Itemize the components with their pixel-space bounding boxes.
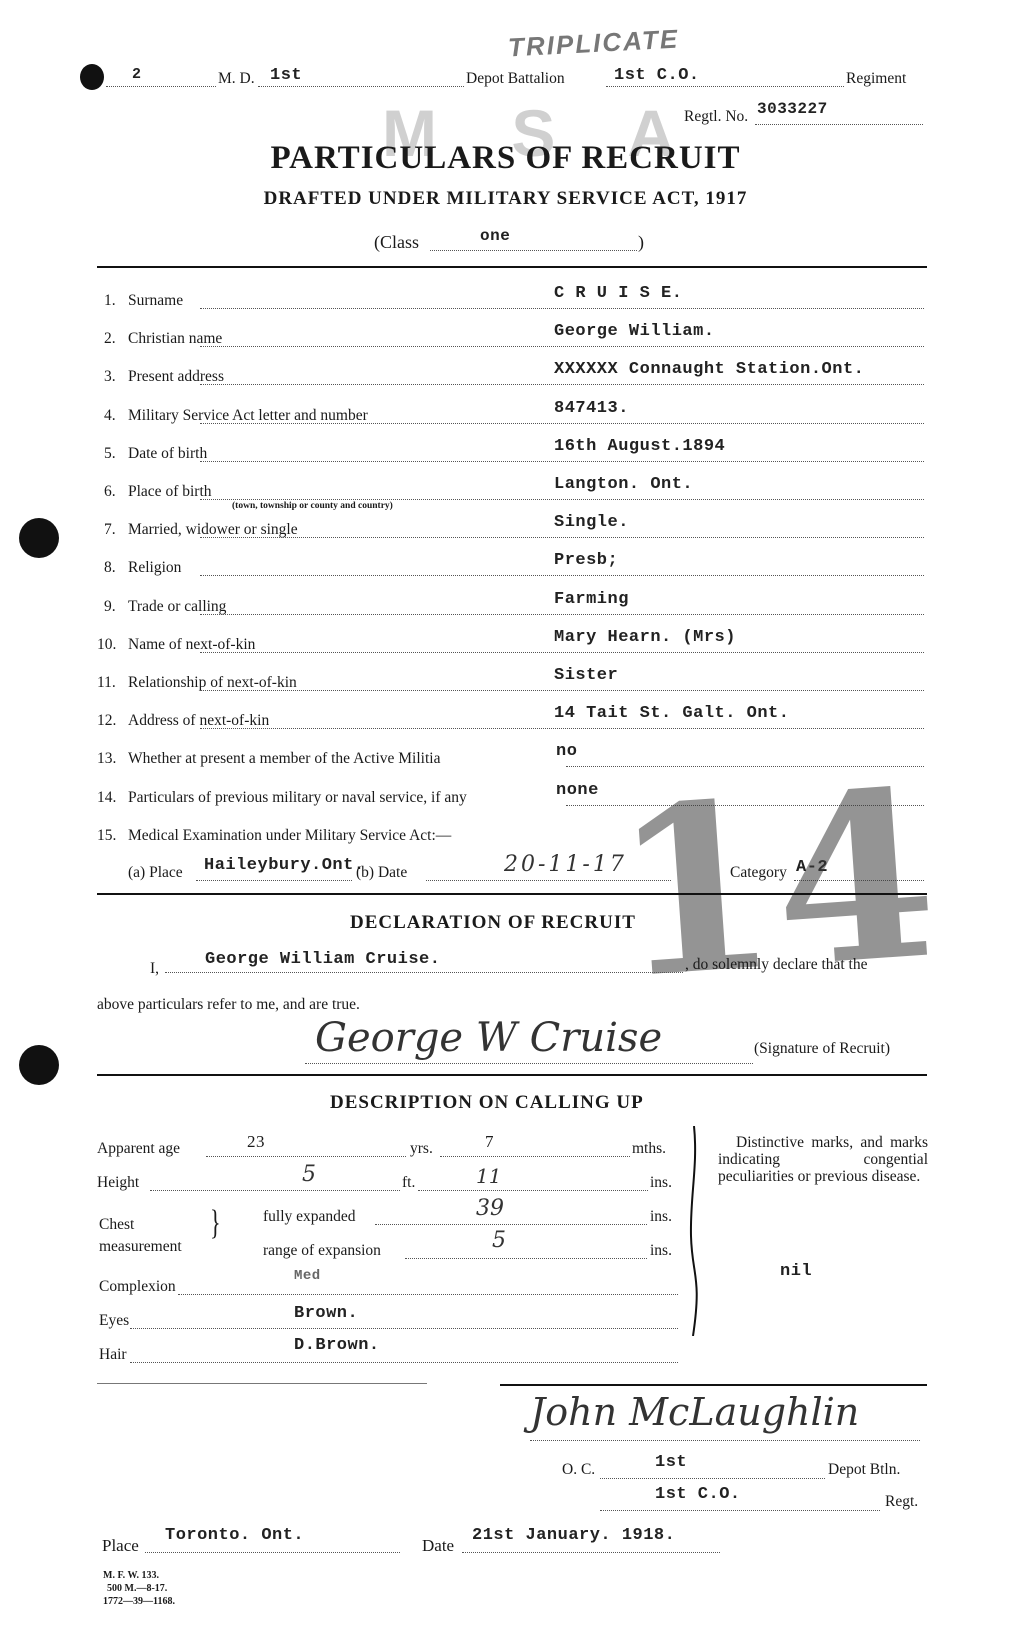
particular-value: Langton. Ont.	[554, 475, 693, 494]
brace: }	[210, 1202, 221, 1244]
district-number: 2	[132, 66, 142, 83]
description-heading: DESCRIPTION ON CALLING UP	[330, 1092, 644, 1114]
particular-label: Surname	[128, 292, 183, 310]
particular-value: 14 Tait St. Galt. Ont.	[554, 704, 789, 723]
particular-label: Particulars of previous military or nava…	[128, 789, 467, 807]
page-title: PARTICULARS OF RECRUIT	[0, 140, 1011, 177]
declaration-text: above particulars refer to me, and are t…	[97, 996, 360, 1014]
particular-label: Whether at present a member of the Activ…	[128, 750, 440, 768]
medical-place-value: Haileybury.Ont.	[204, 856, 365, 875]
chest-range-value: 5	[492, 1228, 506, 1253]
regiment-value: 1st C.O.	[614, 66, 700, 85]
declaration-heading: DECLARATION OF RECRUIT	[350, 912, 636, 934]
particular-number: 11.	[97, 674, 116, 692]
footer-date-value: 21st January. 1918.	[472, 1526, 675, 1545]
depot-battalion-value: 1st	[270, 66, 302, 85]
particular-value: Farming	[554, 590, 629, 609]
particular-value: XXXXXX Connaught Station.Ont.	[554, 360, 864, 379]
footer-place-value: Toronto. Ont.	[165, 1526, 304, 1545]
particular-value: 847413.	[554, 399, 629, 418]
medical-date-value: 20-11-17	[504, 852, 627, 877]
particular-number: 8.	[104, 559, 116, 577]
wavy-separator	[688, 1126, 708, 1336]
particular-number: 12.	[97, 712, 116, 730]
oc-value: 1st	[655, 1453, 687, 1472]
eyes-value: Brown.	[294, 1304, 358, 1323]
regtl-no-value: 3033227	[757, 100, 828, 118]
particular-label: Date of birth	[128, 445, 207, 463]
recruit-signature: George W Cruise	[315, 1015, 662, 1061]
particular-sublabel: (town, township or county and country)	[232, 501, 393, 511]
particular-label: Place of birth	[128, 483, 212, 501]
particular-value: George William.	[554, 322, 715, 341]
particular-value: no	[556, 742, 577, 761]
depot-battalion-label: Depot Battalion	[466, 70, 565, 88]
particular-number: 15.	[97, 827, 116, 845]
punch-hole	[80, 64, 104, 90]
divider	[97, 266, 927, 268]
distinctive-marks-label: Distinctive marks, and marks indicating …	[718, 1134, 928, 1185]
regtl-no-label: Regtl. No.	[684, 108, 748, 126]
height-ins: 11	[476, 1164, 501, 1188]
page-subtitle: DRAFTED UNDER MILITARY SERVICE ACT, 1917	[0, 188, 1011, 210]
height-ft: 5	[302, 1162, 316, 1187]
particular-number: 2.	[104, 330, 116, 348]
particular-number: 7.	[104, 521, 116, 539]
complexion-value: Med	[294, 1268, 321, 1284]
particular-number: 3.	[104, 368, 116, 386]
particular-number: 10.	[97, 636, 116, 654]
hair-value: D.Brown.	[294, 1336, 380, 1355]
particular-number: 1.	[104, 292, 116, 310]
md-label: M. D.	[218, 70, 255, 88]
particular-number: 6.	[104, 483, 116, 501]
regt-value: 1st C.O.	[655, 1485, 741, 1504]
particular-number: 14.	[97, 789, 116, 807]
distinctive-marks-value: nil	[780, 1262, 812, 1281]
particular-value: Presb;	[554, 551, 618, 570]
age-months: 7	[485, 1132, 494, 1152]
divider	[500, 1384, 927, 1386]
particular-number: 4.	[104, 407, 116, 425]
particular-value: 16th August.1894	[554, 437, 725, 456]
triplicate-stamp: TRIPLICATE	[507, 24, 680, 64]
declarant-name: George William Cruise.	[205, 950, 440, 969]
chest-fully-expanded-value: 39	[476, 1196, 504, 1221]
particular-label: Medical Examination under Military Servi…	[128, 827, 451, 845]
divider	[97, 1074, 927, 1076]
officer-signature: John McLaughlin	[530, 1390, 859, 1434]
age-years: 23	[247, 1132, 265, 1152]
particular-value: Sister	[554, 666, 618, 685]
punch-hole	[19, 1045, 59, 1085]
divider	[97, 1383, 427, 1384]
particular-number: 13.	[97, 750, 116, 768]
form-code: M. F. W. 133. 500 M.—8-17. 1772—39—1168.	[103, 1569, 175, 1608]
particular-value: C R U I S E.	[554, 284, 682, 303]
particular-label: Religion	[128, 559, 181, 577]
class-value: one	[480, 227, 510, 245]
regiment-label: Regiment	[846, 70, 906, 88]
punch-hole	[19, 518, 59, 558]
particular-value: none	[556, 781, 599, 800]
particular-value: Mary Hearn. (Mrs)	[554, 628, 736, 647]
particular-number: 5.	[104, 445, 116, 463]
particular-number: 9.	[104, 598, 116, 616]
particular-value: Single.	[554, 513, 629, 532]
divider	[97, 893, 927, 895]
